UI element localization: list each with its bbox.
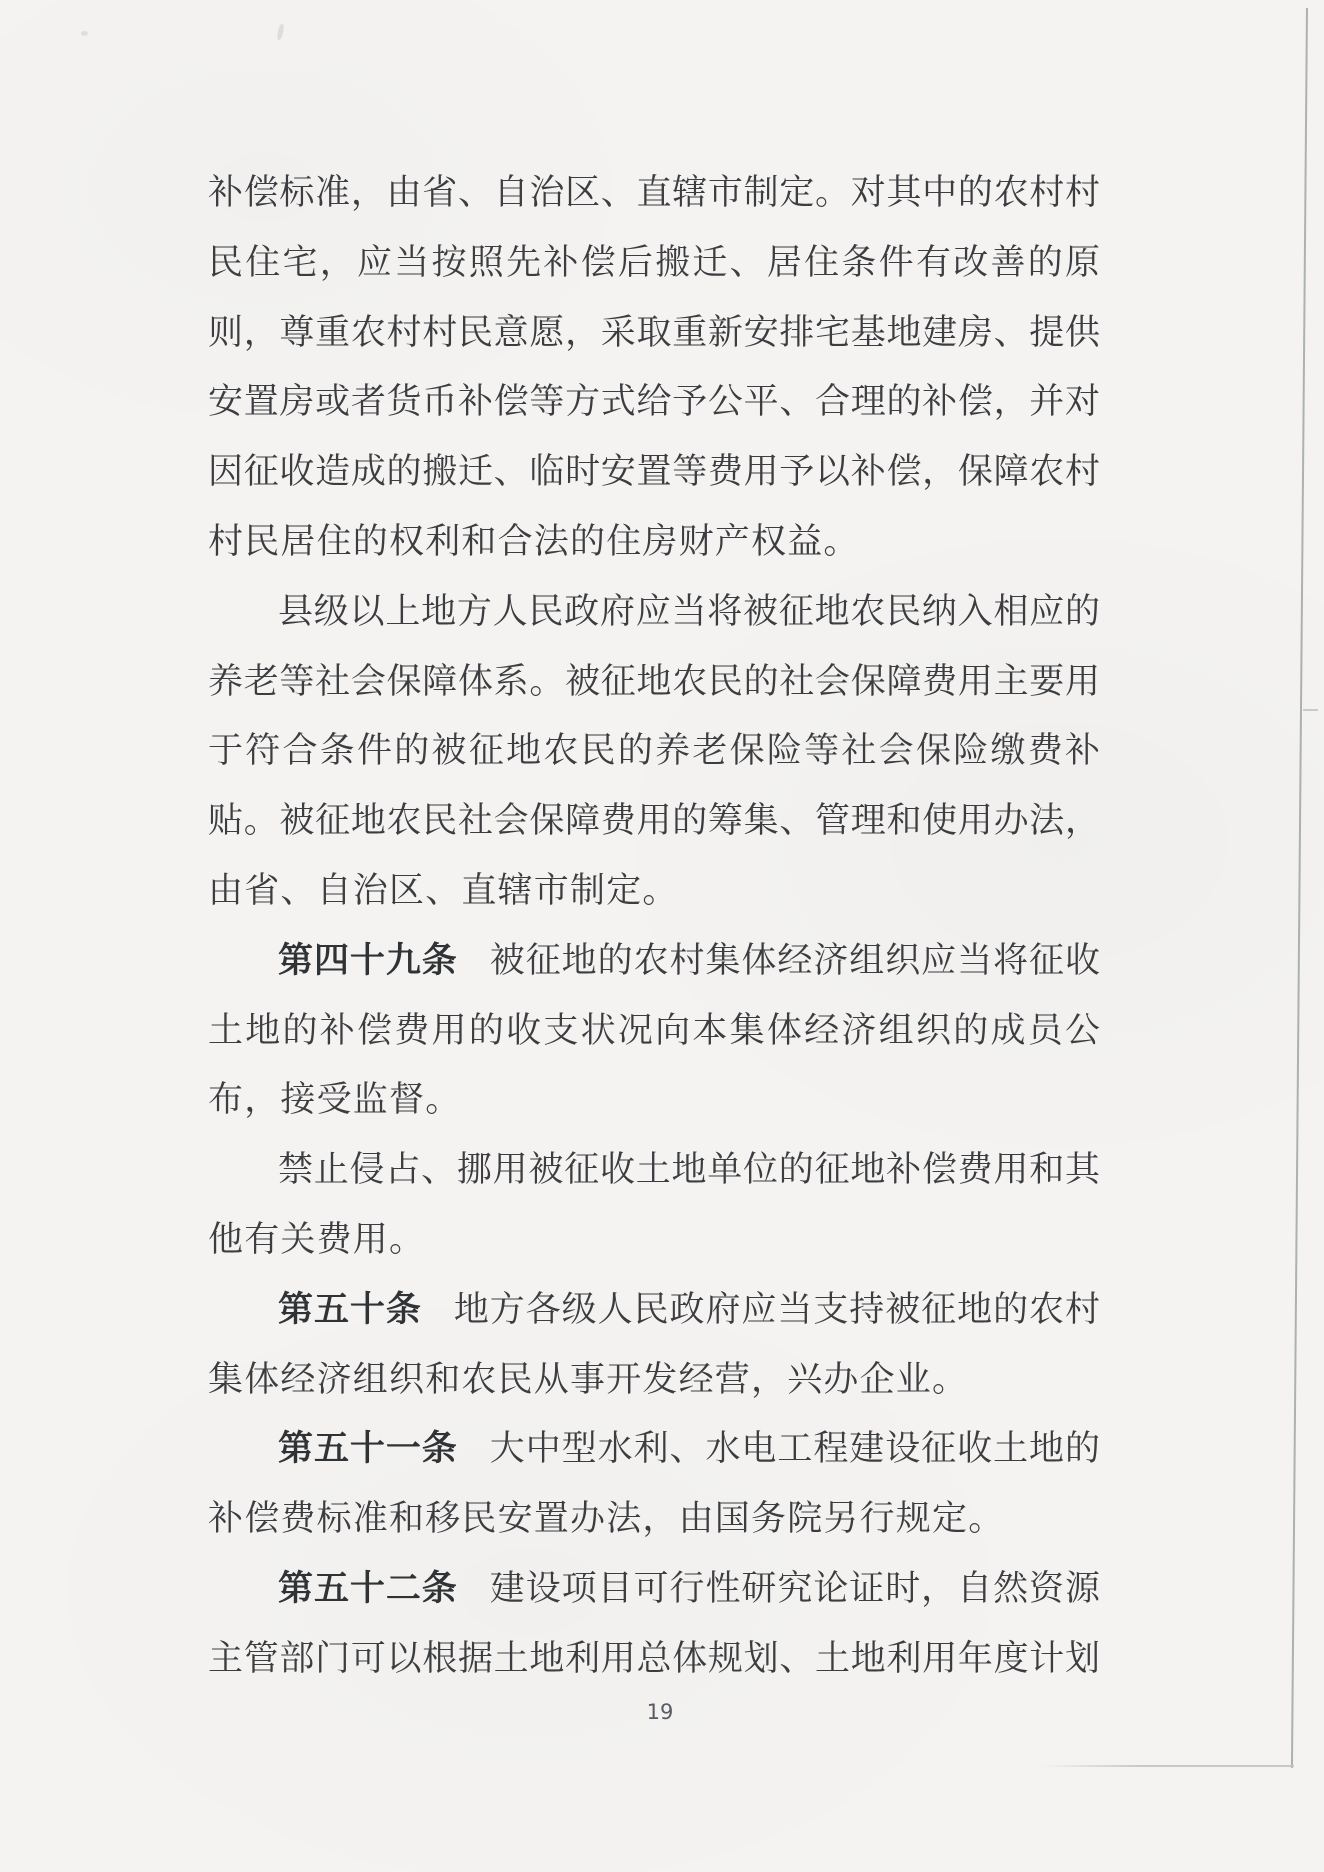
line-text: 集体经济组织和农民从事开发经营，兴办企业。 xyxy=(208,1360,968,1399)
text-line: 因征收造成的搬迁、临时安置等费用予以补偿，保障农村 xyxy=(208,437,1100,507)
text-line: 村民居住的权利和合法的住房财产权益。 xyxy=(208,507,1100,577)
text-line: 养老等社会保障体系。被征地农民的社会保障费用主要用 xyxy=(208,647,1100,717)
line-text: 土地的补偿费用的收支状况向本集体经济组织的成员公 xyxy=(208,1011,1100,1050)
line-text: 大中型水利、水电工程建设征收土地的 xyxy=(490,1429,1100,1468)
line-text: 主管部门可以根据土地利用总体规划、土地利用年度计划 xyxy=(208,1639,1100,1678)
text-line: 土地的补偿费用的收支状况向本集体经济组织的成员公 xyxy=(208,996,1100,1066)
line-text: 则，尊重农村村民意愿，采取重新安排宅基地建房、提供 xyxy=(208,313,1100,352)
text-line: 则，尊重农村村民意愿，采取重新安排宅基地建房、提供 xyxy=(208,298,1100,368)
line-text: 补偿标准，由省、自治区、直辖市制定。对其中的农村村 xyxy=(208,173,1100,212)
text-line: 安置房或者货币补偿等方式给予公平、合理的补偿，并对 xyxy=(208,367,1100,437)
scan-artifact-tick xyxy=(1303,709,1318,711)
line-text: 补偿费标准和移民安置办法，由国务院另行规定。 xyxy=(208,1499,1004,1538)
line-text: 县级以上地方人民政府应当将被征地农民纳入相应的 xyxy=(278,592,1100,631)
scan-edge-vertical-line xyxy=(1291,8,1308,1768)
line-text: 被征地的农村集体经济组织应当将征收 xyxy=(490,941,1100,980)
text-line: 禁止侵占、挪用被征收土地单位的征地补偿费用和其 xyxy=(208,1135,1100,1205)
scan-speck xyxy=(276,24,284,41)
document-body-text: 补偿标准，由省、自治区、直辖市制定。对其中的农村村民住宅，应当按照先补偿后搬迁、… xyxy=(208,158,1100,1694)
line-text: 民住宅，应当按照先补偿后搬迁、居住条件有改善的原 xyxy=(208,243,1100,282)
text-line: 主管部门可以根据土地利用总体规划、土地利用年度计划 xyxy=(208,1624,1100,1694)
article-line: 第四十九条被征地的农村集体经济组织应当将征收 xyxy=(208,926,1100,996)
line-text: 安置房或者货币补偿等方式给予公平、合理的补偿，并对 xyxy=(208,382,1100,421)
text-line: 贴。被征地农民社会保障费用的筹集、管理和使用办法， xyxy=(208,786,1100,856)
text-line: 布，接受监督。 xyxy=(208,1065,1100,1135)
line-text: 地方各级人民政府应当支持被征地的农村 xyxy=(454,1290,1100,1329)
scan-speck xyxy=(81,31,88,36)
text-line: 民住宅，应当按照先补偿后搬迁、居住条件有改善的原 xyxy=(208,228,1100,298)
line-text: 贴。被征地农民社会保障费用的筹集、管理和使用办法， xyxy=(208,801,1100,840)
line-text: 他有关费用。 xyxy=(208,1220,425,1259)
article-line: 第五十条地方各级人民政府应当支持被征地的农村 xyxy=(208,1275,1100,1345)
text-line: 他有关费用。 xyxy=(208,1205,1100,1275)
article-number: 第五十二条 xyxy=(278,1569,458,1608)
article-line: 第五十二条建设项目可行性研究论证时，自然资源 xyxy=(208,1554,1100,1624)
text-line: 于符合条件的被征地农民的养老保险等社会保险缴费补 xyxy=(208,716,1100,786)
line-text: 村民居住的权利和合法的住房财产权益。 xyxy=(208,522,860,561)
text-line: 由省、自治区、直辖市制定。 xyxy=(208,856,1100,926)
scanned-document-page: 补偿标准，由省、自治区、直辖市制定。对其中的农村村民住宅，应当按照先补偿后搬迁、… xyxy=(0,0,1324,1872)
line-text: 养老等社会保障体系。被征地农民的社会保障费用主要用 xyxy=(208,662,1100,701)
line-text: 禁止侵占、挪用被征收土地单位的征地补偿费用和其 xyxy=(278,1150,1100,1189)
scan-edge-bottom-line xyxy=(1040,1765,1294,1767)
text-line: 集体经济组织和农民从事开发经营，兴办企业。 xyxy=(208,1345,1100,1415)
line-text: 于符合条件的被征地农民的养老保险等社会保险缴费补 xyxy=(208,731,1100,770)
line-text: 布，接受监督。 xyxy=(208,1080,461,1119)
page-number: 19 xyxy=(610,1700,710,1724)
text-line: 补偿标准，由省、自治区、直辖市制定。对其中的农村村 xyxy=(208,158,1100,228)
article-number: 第五十一条 xyxy=(278,1429,458,1468)
line-text: 由省、自治区、直辖市制定。 xyxy=(208,871,679,910)
text-line: 补偿费标准和移民安置办法，由国务院另行规定。 xyxy=(208,1484,1100,1554)
article-line: 第五十一条大中型水利、水电工程建设征收土地的 xyxy=(208,1414,1100,1484)
line-text: 因征收造成的搬迁、临时安置等费用予以补偿，保障农村 xyxy=(208,452,1100,491)
text-line: 县级以上地方人民政府应当将被征地农民纳入相应的 xyxy=(208,577,1100,647)
line-text: 建设项目可行性研究论证时，自然资源 xyxy=(490,1569,1100,1608)
article-number: 第五十条 xyxy=(278,1290,422,1329)
article-number: 第四十九条 xyxy=(278,941,458,980)
